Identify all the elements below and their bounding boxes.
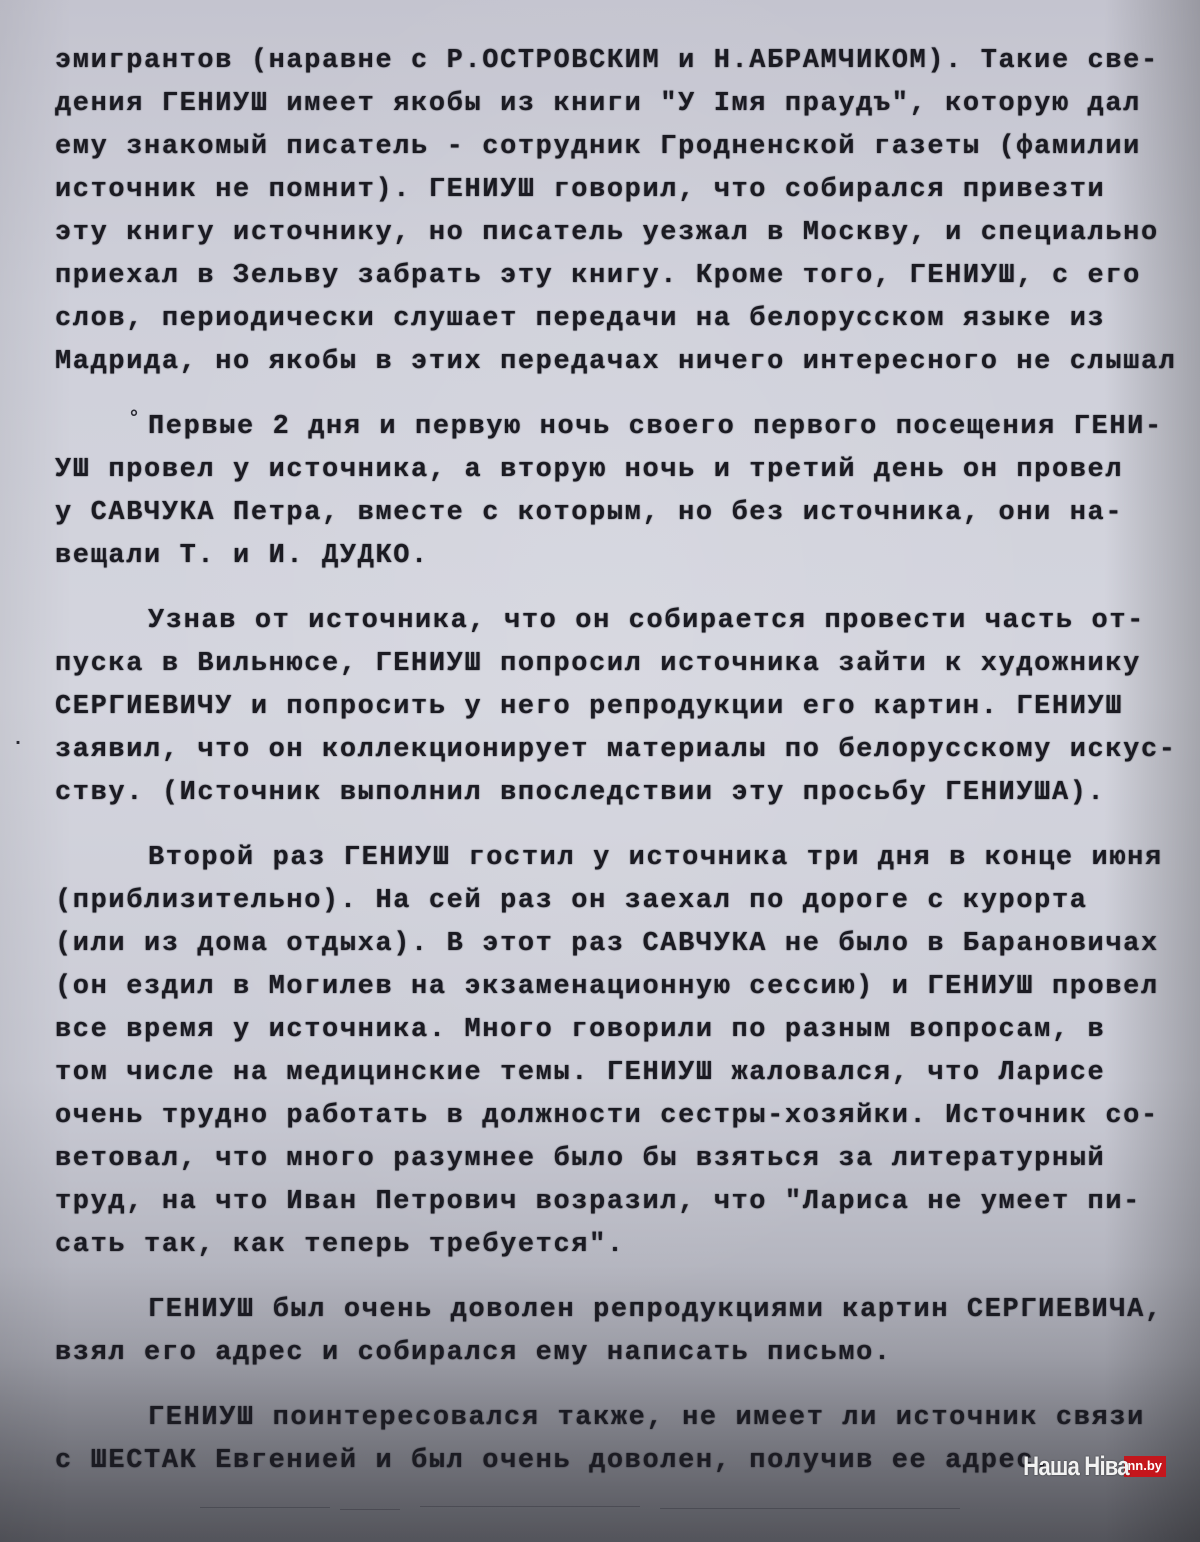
text-line: приехал в Зельву забрать эту книгу. Кром… [55,255,1190,298]
text-line: сать так, как теперь требуется". [55,1224,1190,1267]
text-line: ветовал, что много разумнее было бы взят… [55,1138,1190,1181]
paragraph-4: Второй раз ГЕНИУШ гостил у источника три… [55,837,1190,1267]
text-line: ству. (Источник выполнил впоследствии эт… [55,772,1190,815]
text-line: эмигрантов (наравне с Р.ОСТРОВСКИМ и Н.А… [55,40,1190,83]
text-line: УШ провел у источника, а вторую ночь и т… [55,449,1190,492]
text-line: слов, периодически слушает передачи на б… [55,298,1190,341]
film-scratch [200,1507,330,1508]
text-line: Второй раз ГЕНИУШ гостил у источника три… [55,837,1190,880]
typewritten-page: эмигрантов (наравне с Р.ОСТРОВСКИМ и Н.А… [55,40,1190,1483]
text-line: (или из дома отдыха). В этот раз САВЧУКА… [55,923,1190,966]
text-line: дения ГЕНИУШ имеет якобы из книги "У Iмя… [55,83,1190,126]
text-line: очень трудно работать в должности сестры… [55,1095,1190,1138]
text-line: СЕРГИЕВИЧУ и попросить у него репродукци… [55,686,1190,729]
watermark-name: Наша Ніва [1023,1451,1129,1482]
text-line: заявил, что он коллекционирует материалы… [55,729,1190,772]
text-line: пуска в Вильнюсе, ГЕНИУШ попросил источн… [55,643,1190,686]
nasha-niva-watermark: Наша Ніва nn.by [1000,1451,1166,1482]
text-line: труд, на что Иван Петрович возразил, что… [55,1181,1190,1224]
watermark-badge: nn.by [1124,1456,1166,1477]
text-line: взял его адрес и собирался ему написать … [55,1332,1190,1375]
text-line: том числе на медицинские темы. ГЕНИУШ жа… [55,1052,1190,1095]
text-line: ему знакомый писатель - сотрудник Гродне… [55,126,1190,169]
text-line: эту книгу источнику, но писатель уезжал … [55,212,1190,255]
margin-mark-dot: · [12,732,24,755]
film-scratch [340,1509,400,1510]
text-line: источник не помнит). ГЕНИУШ говорил, что… [55,169,1190,212]
text-line: у САВЧУКА Петра, вместе с которым, но бе… [55,492,1190,535]
text-line: (он ездил в Могилев на экзаменационную с… [55,966,1190,1009]
text-line: Первые 2 дня и первую ночь своего первог… [55,406,1190,449]
text-line: Мадрида, но якобы в этих передачах ничег… [55,341,1190,384]
text-line: (приблизительно). На сей раз он заехал п… [55,880,1190,923]
paragraph-5: ГЕНИУШ был очень доволен репродукциями к… [55,1289,1190,1375]
margin-mark-degree: ° [128,408,140,431]
paragraph-3: Узнав от источника, что он собирается пр… [55,600,1190,815]
text-line: ГЕНИУШ поинтересовался также, не имеет л… [55,1397,1190,1440]
film-scratch [660,1508,960,1509]
text-line: вещали Т. и И. ДУДКО. [55,535,1190,578]
text-line: все время у источника. Много говорили по… [55,1009,1190,1052]
film-scratch [420,1506,640,1507]
text-line: Узнав от источника, что он собирается пр… [55,600,1190,643]
paragraph-2: Первые 2 дня и первую ночь своего первог… [55,406,1190,578]
text-line: ГЕНИУШ был очень доволен репродукциями к… [55,1289,1190,1332]
paragraph-1: эмигрантов (наравне с Р.ОСТРОВСКИМ и Н.А… [55,40,1190,384]
